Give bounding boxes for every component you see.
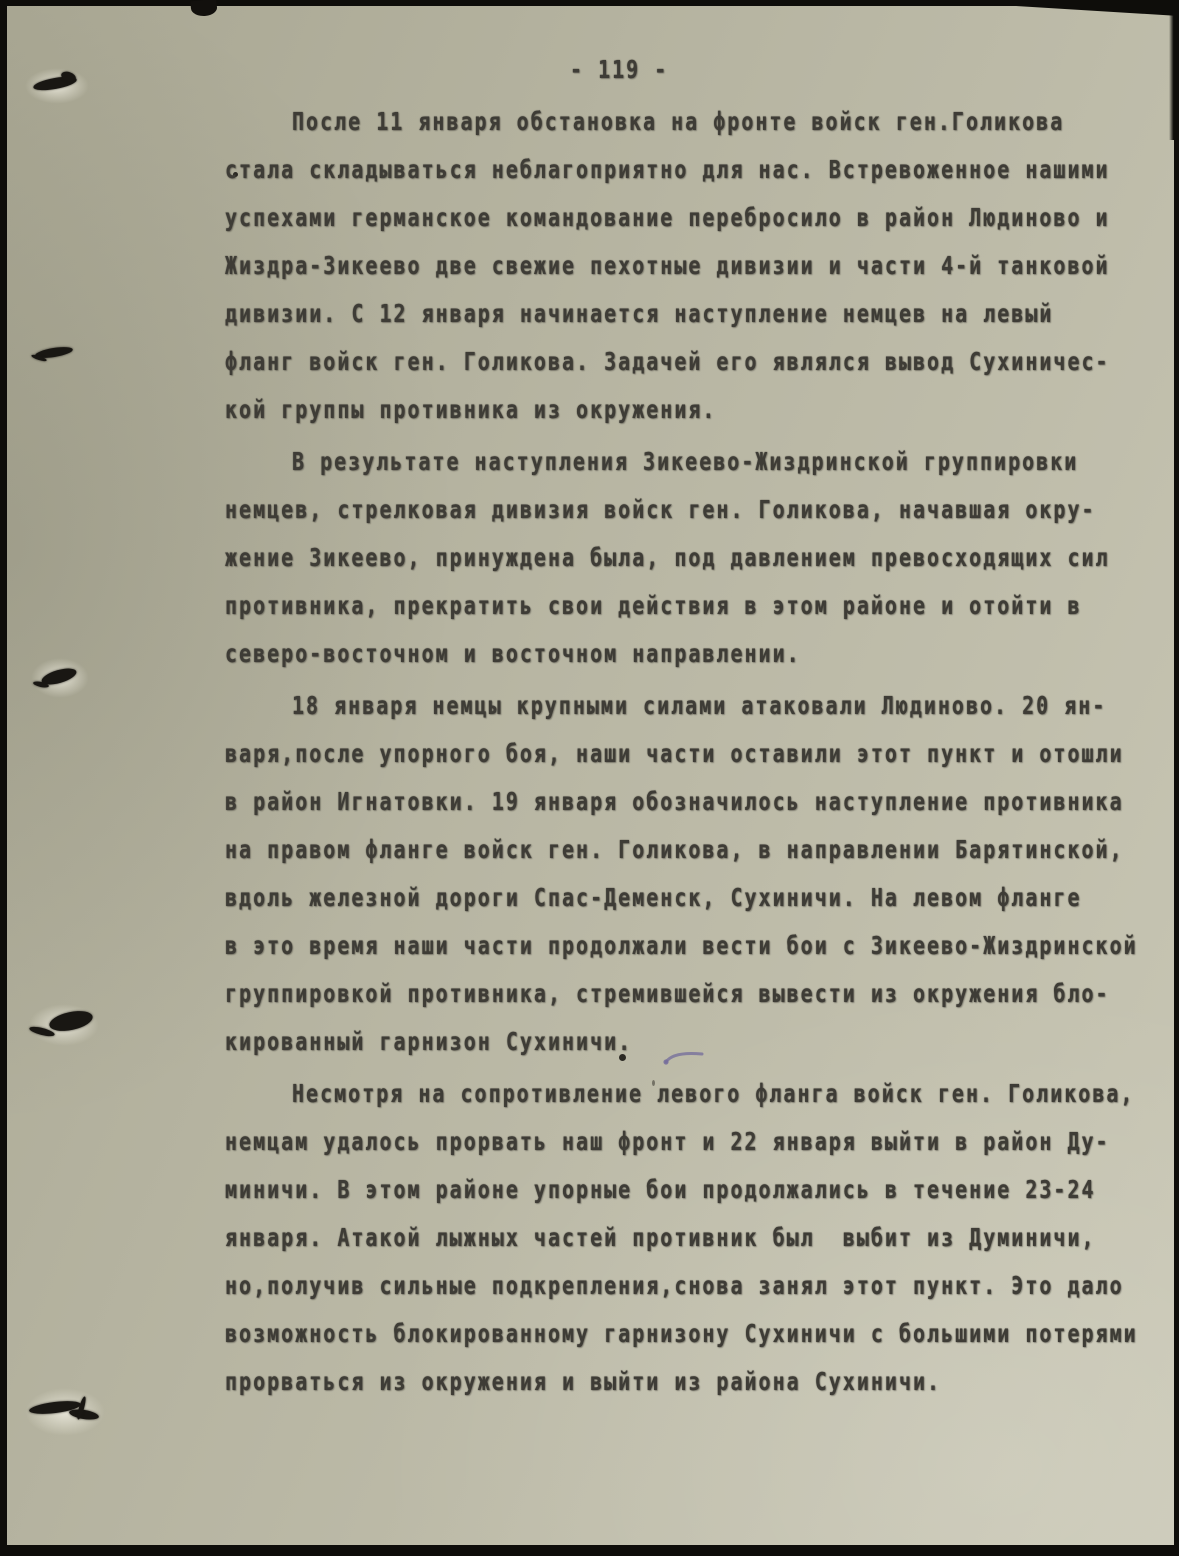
text-line: кой группы противника из окружения.: [225, 379, 1174, 439]
document-body: После 11 января обстановка на фронте вой…: [225, 91, 1174, 1399]
scan-edge-shadow: [1169, 0, 1179, 140]
paragraph: После 11 января обстановка на фронте вой…: [225, 91, 1174, 427]
paragraph: Несмотря на сопротивление левого фланга …: [225, 1063, 1174, 1399]
page-number: - 119 -: [225, 39, 1174, 99]
text-line: кированный гарнизон Сухиничи.: [225, 1011, 1174, 1071]
scan-corner-shadow: [919, 0, 1179, 16]
paragraph: В результате наступления Зикеево-Жиздрин…: [225, 431, 1174, 671]
scanned-page: - 119 - После 11 января обстановка на фр…: [0, 0, 1179, 1556]
paragraph: 18 января немцы крупными силами атаковал…: [225, 675, 1174, 1059]
typewritten-text: - 119 - После 11 января обстановка на фр…: [225, 39, 1174, 1399]
paper-sheet: - 119 - После 11 января обстановка на фр…: [7, 6, 1174, 1545]
text-line: прорваться из окружения и выйти из район…: [225, 1351, 1174, 1411]
text-line: северо-восточном и восточном направлении…: [225, 623, 1174, 683]
